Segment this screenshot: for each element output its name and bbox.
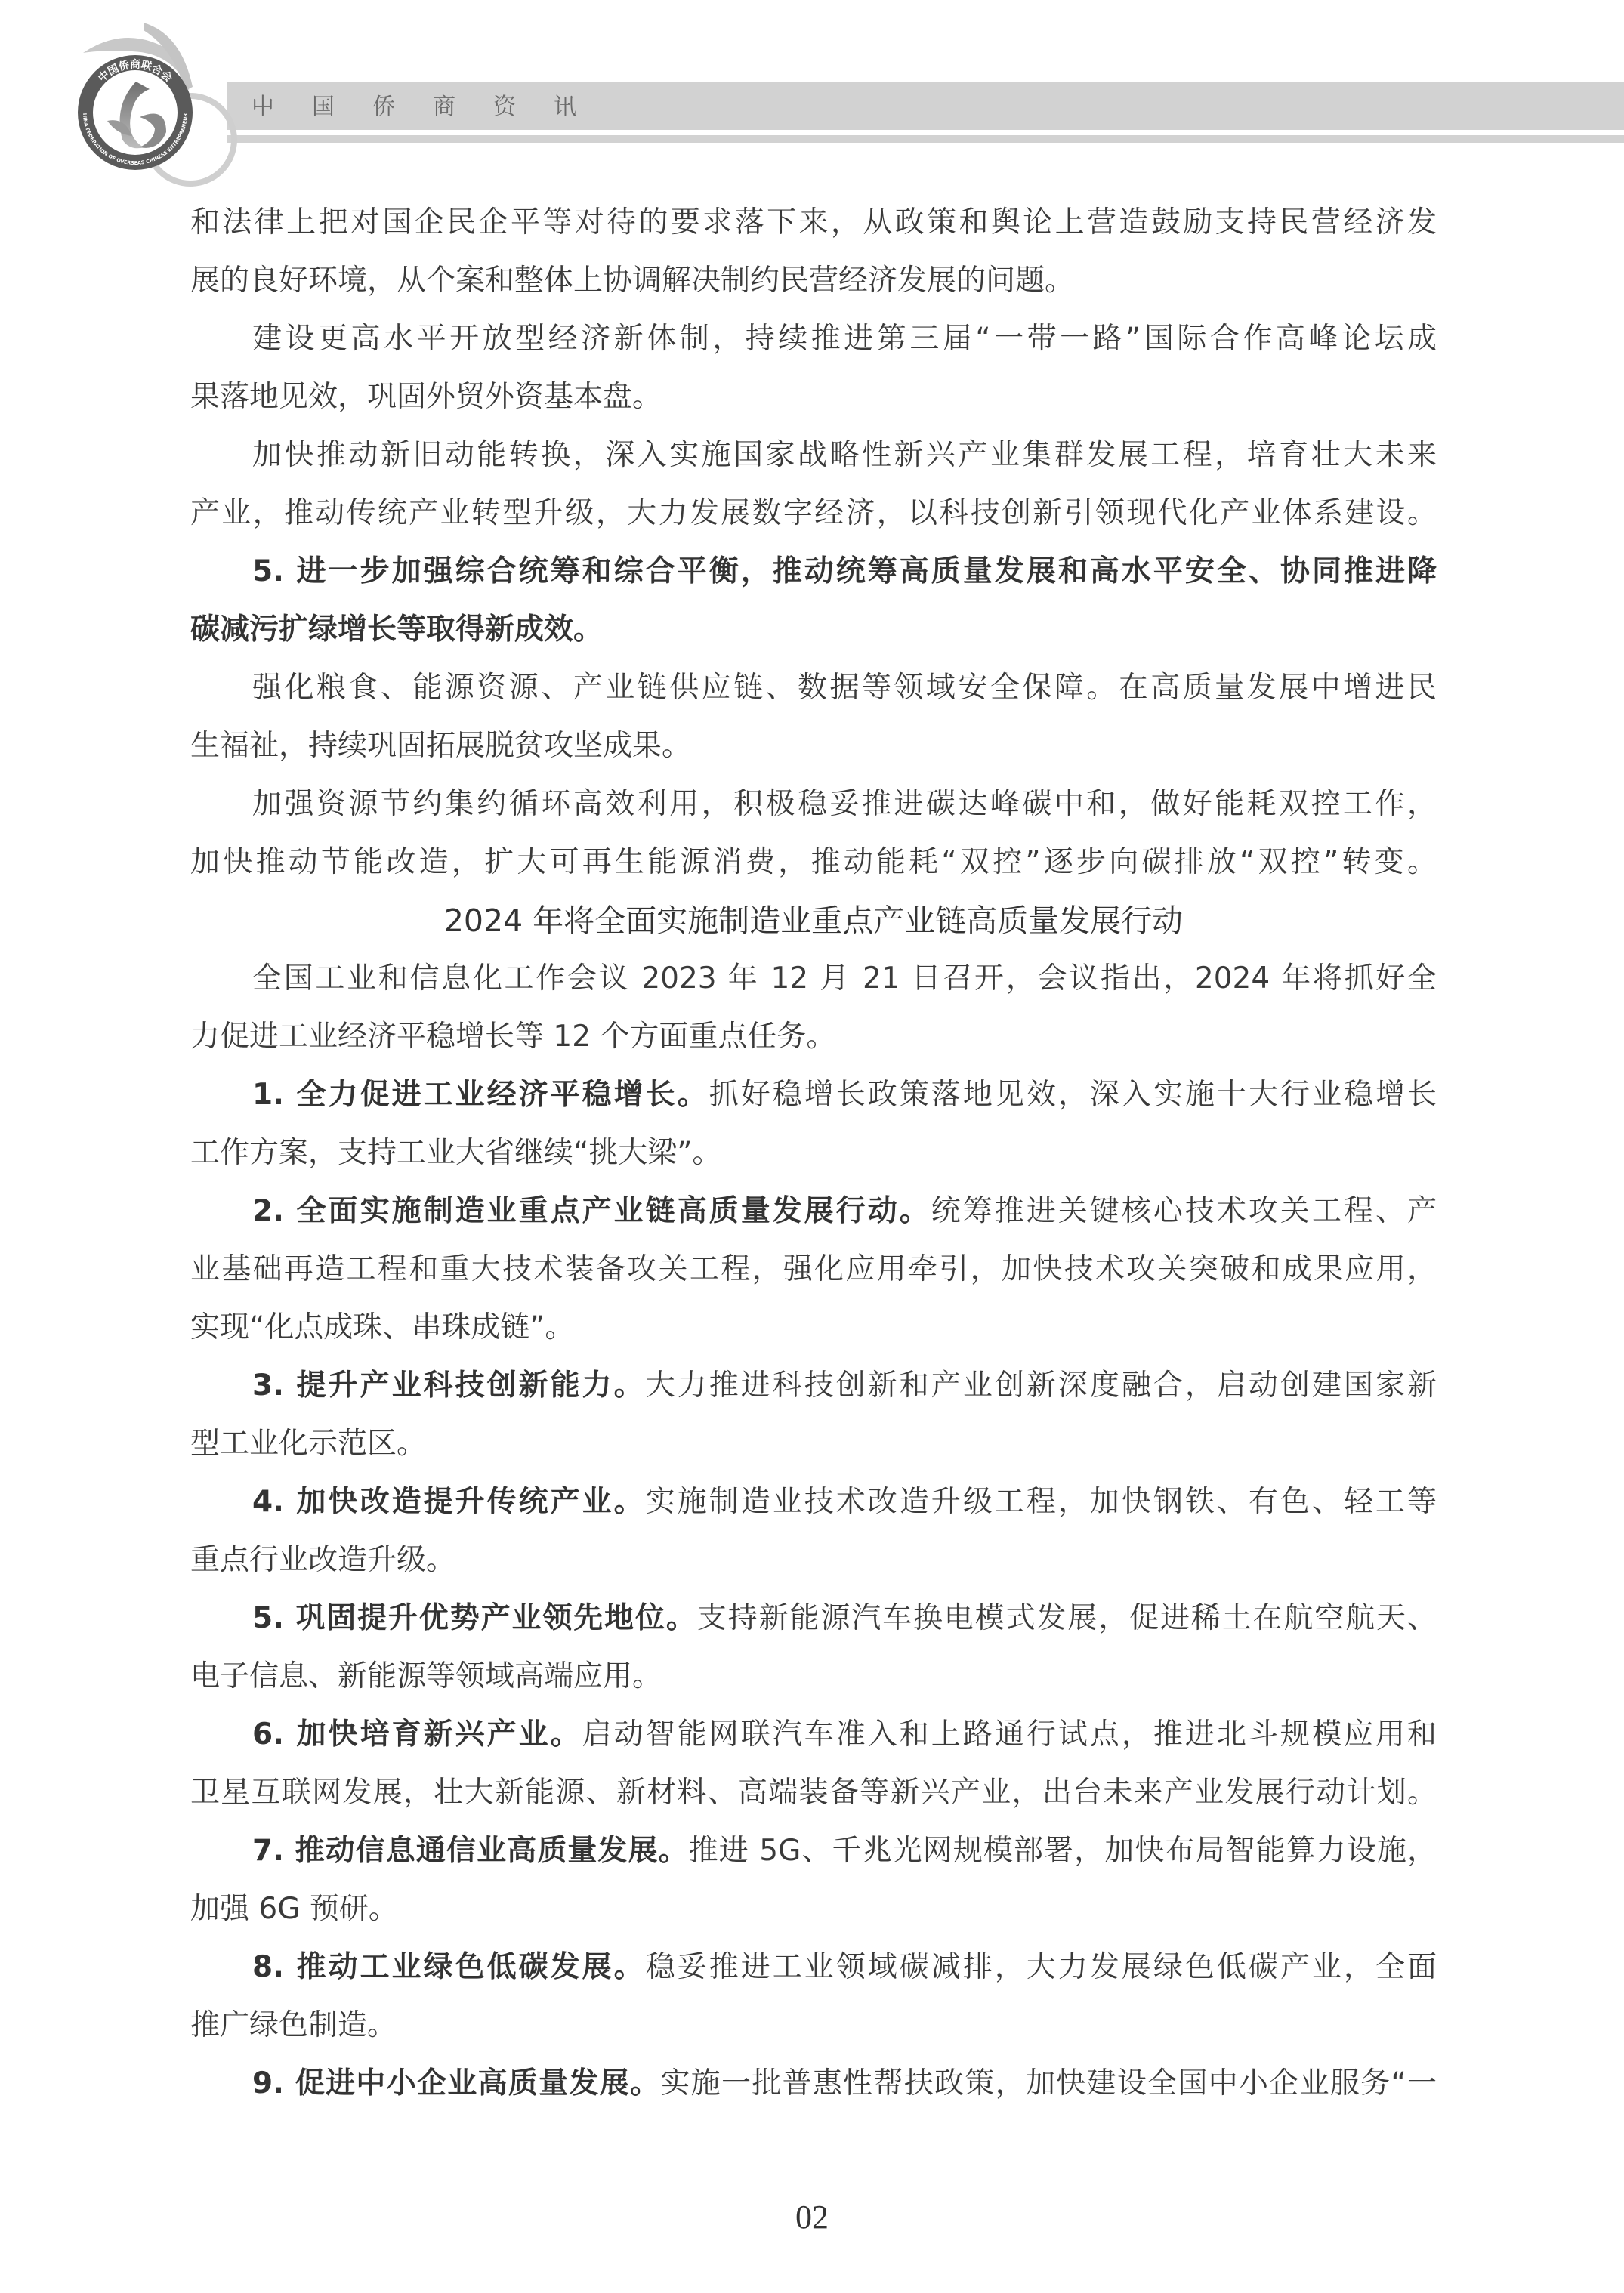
task-title: 9. 促进中小企业高质量发展。: [252, 2066, 660, 2100]
numbered-heading-line: 碳减污扩绿增长等取得新成效。: [190, 605, 1437, 663]
paragraph-line: 全国工业和信息化工作会议 2023 年 12 月 21 日召开，会议指出，202…: [190, 954, 1437, 1012]
task-item-line: 7. 推动信息通信业高质量发展。推进 5G、千兆光网规模部署，加快布局智能算力设…: [190, 1826, 1437, 1884]
publication-title: 中 国 侨 商 资 讯: [252, 92, 614, 122]
title-char: 讯: [554, 92, 614, 122]
numbered-heading-line: 5. 进一步加强综合统筹和综合平衡，推动统筹高质量发展和高水平安全、协同推进降: [190, 547, 1437, 605]
paragraph-line: 卫星互联网发展，壮大新能源、新材料、高端装备等新兴产业，出台未来产业发展行动计划…: [190, 1768, 1437, 1826]
title-char: 侨: [372, 92, 433, 122]
task-item-line: 2. 全面实施制造业重点产业链高质量发展行动。统筹推进关键核心技术攻关工程、产: [190, 1187, 1437, 1245]
paragraph-line: 实现“化点成珠、串珠成链”。: [190, 1303, 1437, 1361]
paragraph-line: 加快推动新旧动能转换，深入实施国家战略性新兴产业集群发展工程，培育壮大未来: [190, 431, 1437, 489]
task-title: 8. 推动工业绿色低碳发展。: [252, 1950, 646, 1984]
task-item-line: 6. 加快培育新兴产业。启动智能网联汽车准入和上路通行试点，推进北斗规模应用和: [190, 1710, 1437, 1768]
title-char: 商: [433, 92, 493, 122]
paragraph-line: 电子信息、新能源等领域高端应用。: [190, 1652, 1437, 1710]
paragraph-line: 加强 6G 预研。: [190, 1884, 1437, 1943]
task-item-line: 9. 促进中小企业高质量发展。实施一批普惠性帮扶政策，加快建设全国中小企业服务“…: [190, 2059, 1437, 2117]
task-title: 2. 全面实施制造业重点产业链高质量发展行动。: [252, 1194, 931, 1228]
paragraph-line: 展的良好环境，从个案和整体上协调解决制约民营经济发展的问题。: [190, 256, 1437, 314]
paragraph-line: 加强资源节约集约循环高效利用，积极稳妥推进碳达峰碳中和，做好能耗双控工作，: [190, 779, 1437, 838]
task-title: 1. 全力促进工业经济平稳增长。: [252, 1078, 709, 1112]
paragraph-line: 生福祉，持续巩固拓展脱贫攻坚成果。: [190, 721, 1437, 779]
task-title: 3. 提升产业科技创新能力。: [252, 1369, 646, 1403]
article-body: 和法律上把对国企民企平等对待的要求落下来，从政策和舆论上营造鼓励支持民营经济发 …: [190, 198, 1437, 2117]
title-char: 中: [252, 92, 312, 122]
paragraph-line: 产业，推动传统产业转型升级，大力发展数字经济，以科技创新引领现代化产业体系建设。: [190, 489, 1437, 547]
paragraph-line: 果落地见效，巩固外贸外资基本盘。: [190, 372, 1437, 431]
task-title: 5. 巩固提升优势产业领先地位。: [252, 1601, 697, 1635]
section-heading: 2024 年将全面实施制造业重点产业链高质量发展行动: [190, 896, 1437, 954]
title-char: 国: [312, 92, 372, 122]
title-char: 资: [493, 92, 554, 122]
paragraph-line: 推广绿色制造。: [190, 2001, 1437, 2059]
paragraph-line: 加快推动节能改造，扩大可再生能源消费，推动能耗“双控”逐步向碳排放“双控”转变。: [190, 838, 1437, 896]
paragraph-line: 业基础再造工程和重大技术装备攻关工程，强化应用牵引，加快技术攻关突破和成果应用，: [190, 1245, 1437, 1303]
paragraph-line: 工作方案，支持工业大省继续“挑大梁”。: [190, 1128, 1437, 1187]
paragraph-line: 建设更高水平开放型经济新体制，持续推进第三届“一带一路”国际合作高峰论坛成: [190, 314, 1437, 372]
header-divider-strip: [227, 135, 1624, 143]
task-item-line: 4. 加快改造提升传统产业。实施制造业技术改造升级工程，加快钢铁、有色、轻工等: [190, 1477, 1437, 1535]
paragraph-line: 和法律上把对国企民企平等对待的要求落下来，从政策和舆论上营造鼓励支持民营经济发: [190, 198, 1437, 256]
task-title: 6. 加快培育新兴产业。: [252, 1717, 582, 1751]
task-item-line: 5. 巩固提升优势产业领先地位。支持新能源汽车换电模式发展，促进稀土在航空航天、: [190, 1594, 1437, 1652]
federation-logo-icon: 中国侨商联合会 CHINA FEDERATION OF OVERSEAS CHI…: [60, 8, 257, 189]
task-item-line: 1. 全力促进工业经济平稳增长。抓好稳增长政策落地见效，深入实施十大行业稳增长: [190, 1070, 1437, 1128]
paragraph-line: 型工业化示范区。: [190, 1419, 1437, 1477]
task-item-line: 8. 推动工业绿色低碳发展。稳妥推进工业领域碳减排，大力发展绿色低碳产业，全面: [190, 1943, 1437, 2001]
page-number: 02: [0, 2198, 1624, 2236]
paragraph-line: 强化粮食、能源资源、产业链供应链、数据等领域安全保障。在高质量发展中增进民: [190, 663, 1437, 721]
paragraph-line: 重点行业改造升级。: [190, 1535, 1437, 1594]
paragraph-line: 力促进工业经济平稳增长等 12 个方面重点任务。: [190, 1012, 1437, 1070]
task-item-line: 3. 提升产业科技创新能力。大力推进科技创新和产业创新深度融合，启动创建国家新: [190, 1361, 1437, 1419]
task-title: 7. 推动信息通信业高质量发展。: [252, 1834, 689, 1868]
task-title: 4. 加快改造提升传统产业。: [252, 1485, 646, 1519]
